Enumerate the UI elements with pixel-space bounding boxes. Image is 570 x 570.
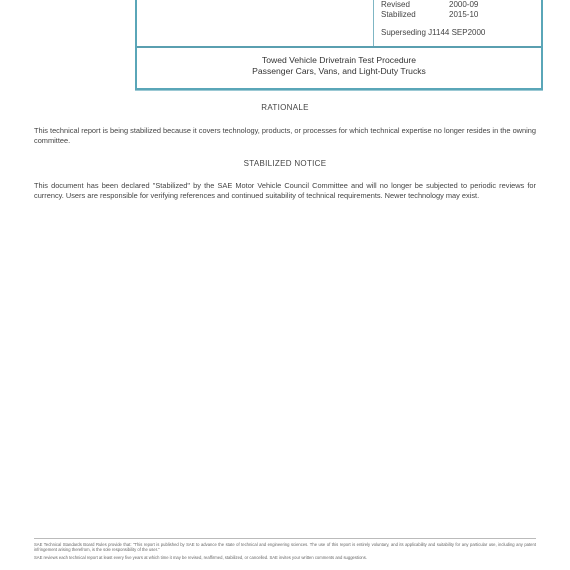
title-line-1: Towed Vehicle Drivetrain Test Procedure <box>137 55 541 66</box>
header-divider <box>373 0 374 46</box>
title-line-2: Passenger Cars, Vans, and Light-Duty Tru… <box>137 66 541 77</box>
rationale-text: This technical report is being stabilize… <box>34 126 536 145</box>
meta-stabilized: Stabilized2015-10 <box>381 10 485 20</box>
meta-label: Stabilized <box>381 10 449 20</box>
stabilized-notice-heading: STABILIZED NOTICE <box>0 159 570 168</box>
meta-label: Revised <box>381 0 449 10</box>
document-title: Towed Vehicle Drivetrain Test Procedure … <box>137 55 541 77</box>
footer-paragraph-1: SAE Technical Standards Board Rules prov… <box>34 542 536 552</box>
rationale-heading: RATIONALE <box>0 103 570 112</box>
header-metadata: Revised2000-09 Stabilized2015-10 Superse… <box>381 0 485 38</box>
stabilized-notice-text: This document has been declared "Stabili… <box>34 181 536 200</box>
meta-value: 2015-10 <box>449 10 478 19</box>
meta-value: 2000-09 <box>449 0 478 9</box>
footer-paragraph-2: SAE reviews each technical report at lea… <box>34 555 536 560</box>
footer-rule <box>34 538 536 539</box>
meta-superseding: Superseding J1144 SEP2000 <box>381 28 485 38</box>
header-top-section: SURFACE VEHICLE RECOMMENDED PRACTICE Rev… <box>137 0 541 48</box>
document-header-box: SURFACE VEHICLE RECOMMENDED PRACTICE Rev… <box>135 0 543 90</box>
header-title-cutoff: SURFACE VEHICLE RECOMMENDED PRACTICE <box>147 0 372 2</box>
meta-revised: Revised2000-09 <box>381 0 485 10</box>
